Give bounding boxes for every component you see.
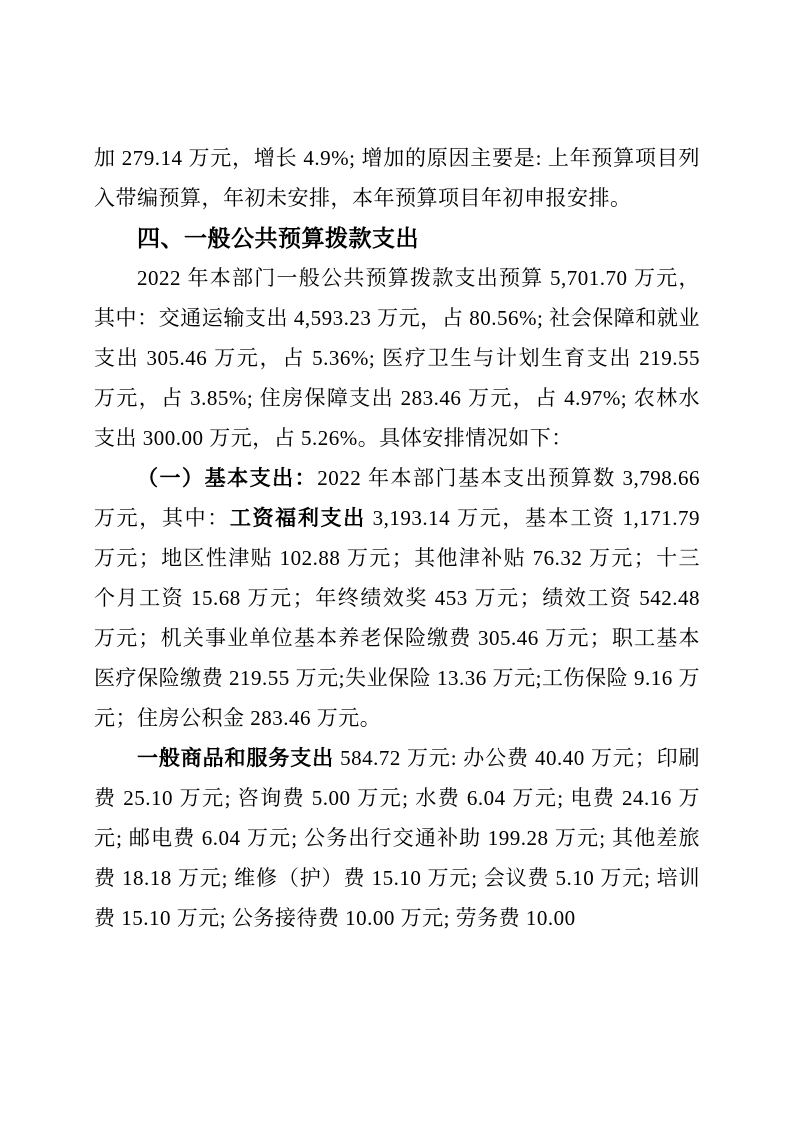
- goods-services-label: 一般商品和服务支出: [137, 746, 334, 770]
- goods-services-detail: 584.72 万元: 办公费 40.40 万元；印刷费 25.10 万元; 咨询…: [94, 746, 700, 930]
- text-block: 加 279.14 万元，增长 4.9%; 增加的原因主要是: 上年预算项目列入带…: [94, 138, 700, 938]
- paragraph-carryover: 加 279.14 万元，增长 4.9%; 增加的原因主要是: 上年预算项目列入带…: [94, 138, 700, 218]
- paragraph-goods-services: 一般商品和服务支出 584.72 万元: 办公费 40.40 万元；印刷费 25…: [94, 738, 700, 938]
- paragraph-budget-overview: 2022 年本部门一般公共预算拨款支出预算 5,701.70 万元，其中：交通运…: [94, 258, 700, 458]
- document-page: 加 279.14 万元，增长 4.9%; 增加的原因主要是: 上年预算项目列入带…: [0, 0, 793, 1122]
- basic-expenditure-label: （一）基本支出：: [137, 466, 317, 490]
- wage-welfare-detail: 3,193.14 万元，基本工资 1,171.79 万元；地区性津贴 102.8…: [94, 506, 700, 730]
- paragraph-basic-expenditure: （一）基本支出：2022 年本部门基本支出预算数 3,798.66 万元，其中：…: [94, 458, 700, 738]
- section-heading: 四、一般公共预算拨款支出: [94, 218, 700, 258]
- wage-welfare-label: 工资福利支出: [230, 506, 366, 530]
